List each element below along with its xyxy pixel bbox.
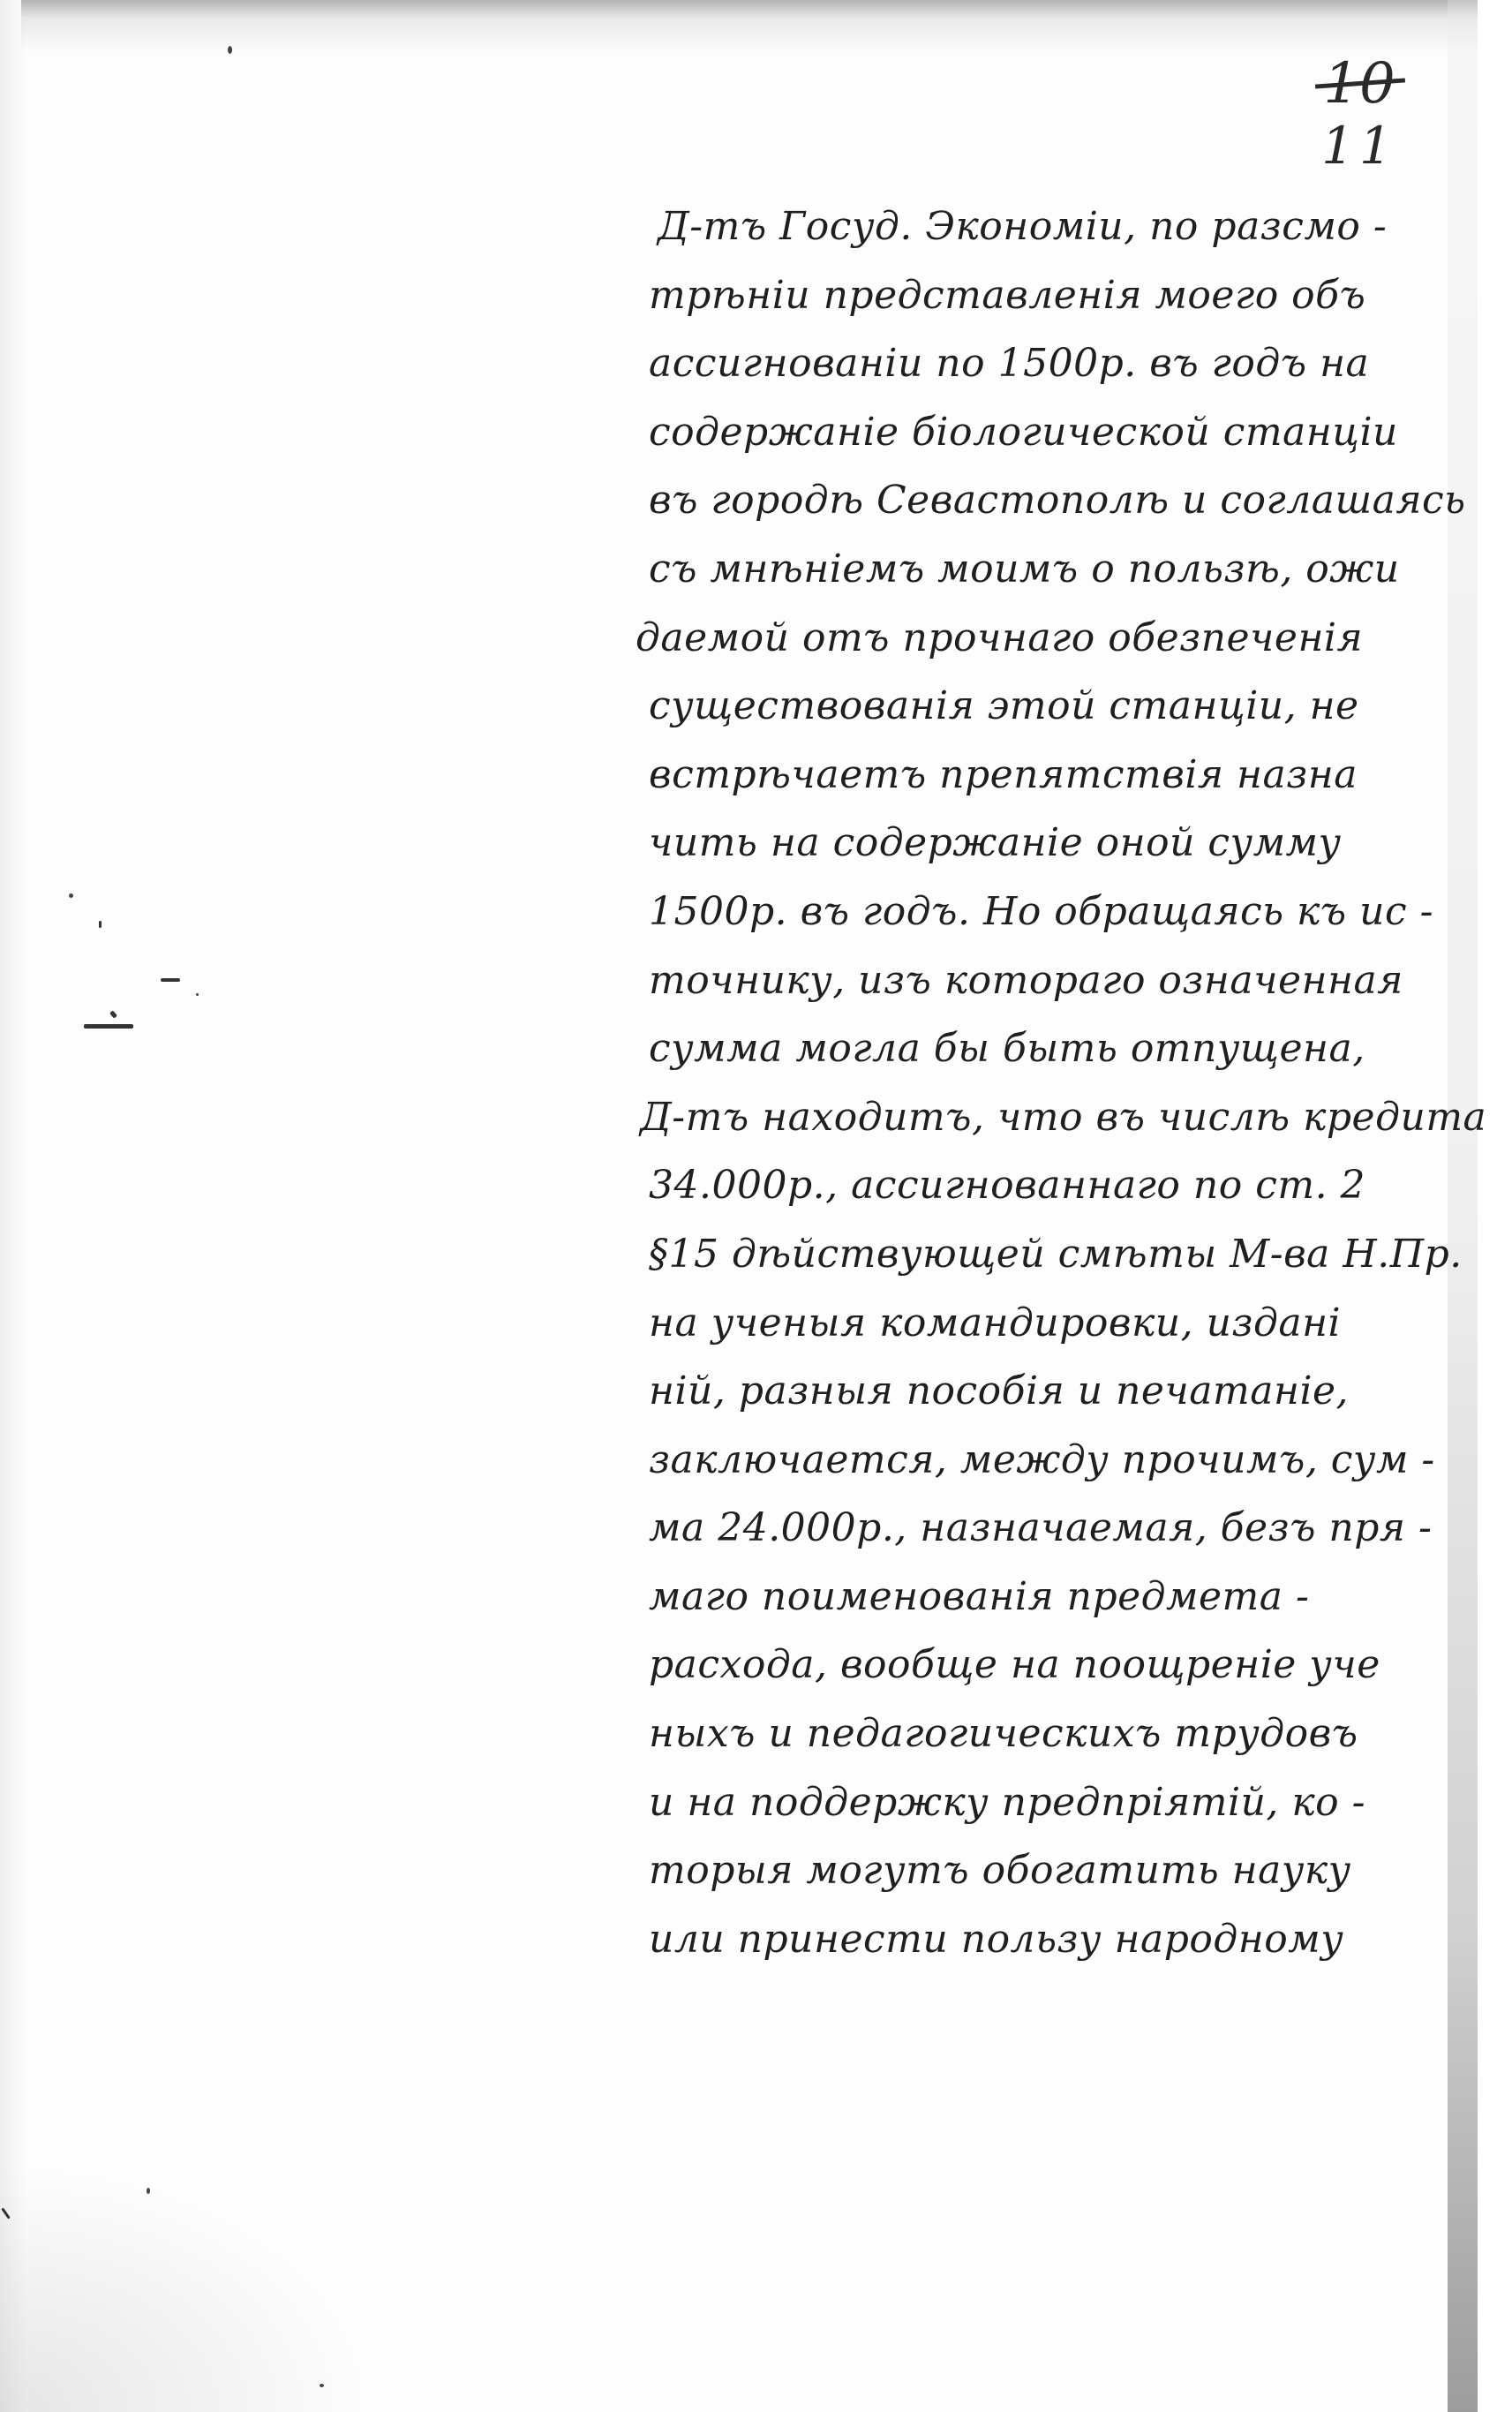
speck [69, 893, 73, 898]
margin-dash [161, 978, 180, 982]
text-line: или принести пользу народному [649, 1905, 1443, 1974]
bottom-left-stain [0, 2163, 371, 2412]
text-line: маго поименованія предмета - [649, 1563, 1443, 1632]
text-line: §15 дѣйствующей смѣты М-ва Н.Пр. [649, 1220, 1443, 1289]
text-line: и на поддержку предпріятій, ко - [649, 1768, 1443, 1837]
text-line: торыя могутъ обогатить науку [649, 1836, 1443, 1905]
text-line: съ мнѣніемъ моимъ о пользѣ, ожи [649, 535, 1443, 604]
left-edge-shading [0, 0, 26, 2412]
speck [228, 46, 232, 54]
folio-number-current: 11 [1306, 115, 1412, 177]
text-line: даемой отъ прочнаго обезпеченія [636, 604, 1443, 673]
right-paper-edge-shadow [1448, 0, 1478, 2412]
text-line: ній, разныя пособія и печатаніе, [649, 1357, 1443, 1426]
text-line: сумма могла бы быть отпущена, [649, 1014, 1443, 1083]
margin-dash [99, 921, 102, 928]
text-line: на ученыя командировки, издані [649, 1289, 1443, 1358]
text-line: Д-тъ Госуд. Экономіи, по разсмо - [649, 192, 1443, 261]
speck [196, 993, 199, 996]
text-line: ма 24.000р., назначаемая, безъ пря - [649, 1494, 1443, 1563]
margin-dash [109, 1010, 117, 1018]
margin-dash [84, 1024, 133, 1029]
speck [320, 2384, 324, 2387]
folio-number-struck: 10 [1306, 53, 1412, 115]
top-edge-shading [21, 0, 1486, 53]
text-line: заключается, между прочимъ, сум - [649, 1426, 1443, 1495]
text-line: встрѣчаетъ препятствія назна [649, 741, 1443, 810]
text-line: точнику, изъ котораго означенная [649, 946, 1443, 1015]
text-line: 1500р. въ годъ. Но обращаясь къ ис - [649, 878, 1443, 946]
text-line: въ городѣ Севастополѣ и соглашаясь [649, 466, 1443, 535]
folio-number: 10 11 [1306, 53, 1412, 177]
scan-background [1478, 0, 1512, 2412]
text-line: трѣніи представленія моего объ [649, 261, 1443, 330]
speck [147, 2188, 150, 2194]
text-line: чить на содержаніе оной сумму [649, 809, 1443, 878]
text-line: расхода, вообще на поощреніе уче [649, 1631, 1443, 1700]
text-line: содержаніе біологической станціи [649, 398, 1443, 467]
text-line: существованія этой станціи, не [649, 672, 1443, 741]
text-line: Д-тъ находитъ, что въ числѣ кредита [640, 1083, 1443, 1152]
manuscript-text: Д-тъ Госуд. Экономіи, по разсмо - трѣніи… [649, 192, 1443, 1973]
text-line: 34.000р., ассигнованнаго по ст. 2 [649, 1151, 1443, 1220]
text-line: ныхъ и педагогическихъ трудовъ [649, 1700, 1443, 1768]
text-line: ассигнованіи по 1500р. въ годъ на [649, 329, 1443, 398]
manuscript-page: 10 11 Д-тъ Госуд. Экономіи, по разсмо - … [0, 0, 1512, 2412]
